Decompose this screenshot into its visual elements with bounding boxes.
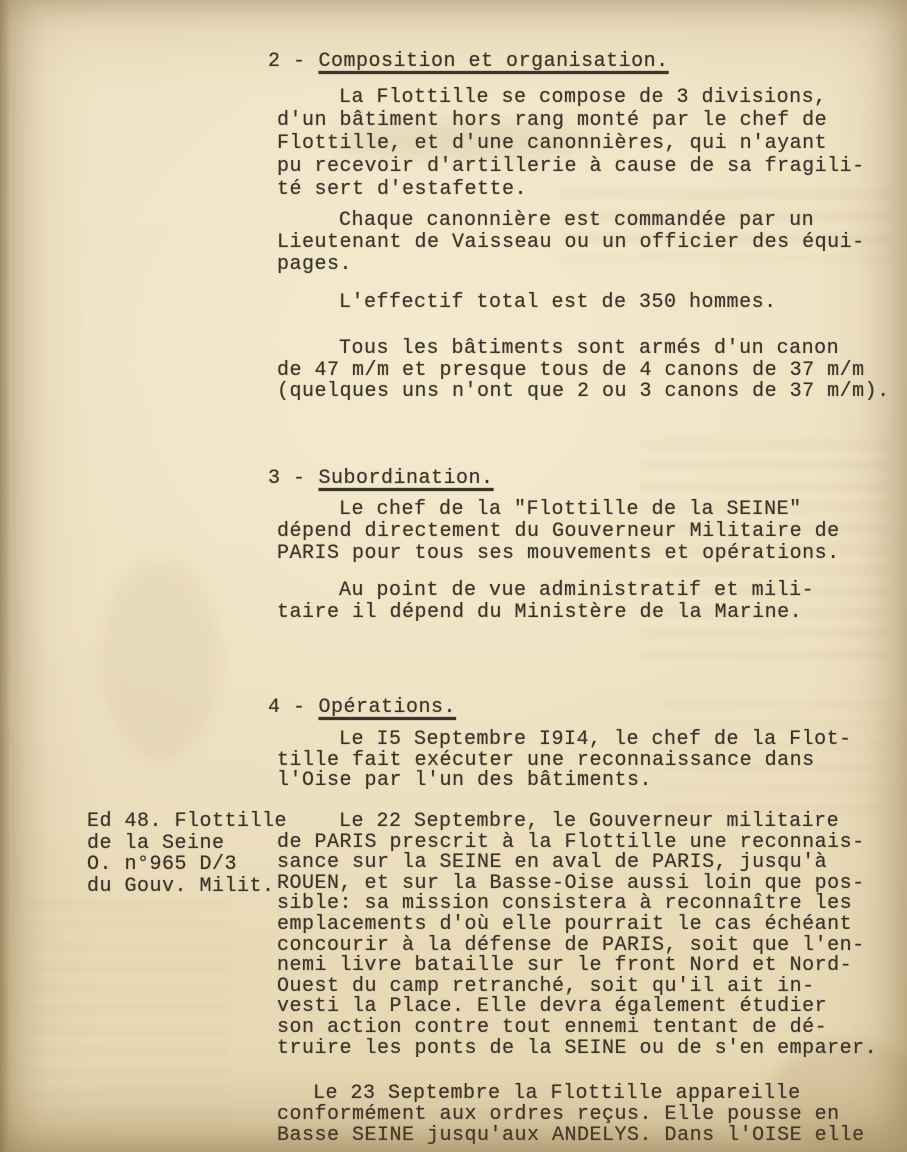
paragraph-composition-1: La Flottille se compose de 3 divisions, … — [277, 86, 907, 201]
paragraph-armement: Tous les bâtiments sont armés d'un canon… — [277, 338, 907, 403]
scan-edge-shadow — [0, 0, 10, 1152]
section-3-number: 3 - — [268, 467, 306, 490]
margin-note: Ed 48. Flottille de la Seine O. n°965 D/… — [87, 811, 287, 897]
paragraph-operations-1: Le I5 Septembre I9I4, le chef de la Flot… — [277, 730, 907, 792]
section-4-number: 4 - — [268, 696, 306, 719]
paper-stain — [100, 560, 220, 760]
scanned-document-page: 2 -Composition et organisation. La Flott… — [0, 0, 907, 1152]
paragraph-operations-2: Le 22 Septembre, le Gouverneur militaire… — [277, 812, 907, 1059]
paragraph-effectif: L'effectif total est de 350 hommes. — [277, 292, 907, 314]
paragraph-subordination-2: Au point de vue administratif et mili- t… — [277, 580, 907, 623]
ink-bleed-through — [30, 900, 230, 1120]
paragraph-operations-3: Le 23 Septembre la Flottille appareille … — [277, 1083, 907, 1146]
section-2-number: 2 - — [268, 50, 306, 73]
paragraph-subordination-1: Le chef de la "Flottille de la SEINE" dé… — [277, 499, 907, 565]
section-3-title: Subordination. — [319, 467, 494, 490]
section-4-title: Opérations. — [319, 696, 457, 719]
paragraph-composition-2: Chaque canonnière est commandée par un L… — [277, 210, 907, 276]
section-2-title: Composition et organisation. — [319, 50, 669, 73]
